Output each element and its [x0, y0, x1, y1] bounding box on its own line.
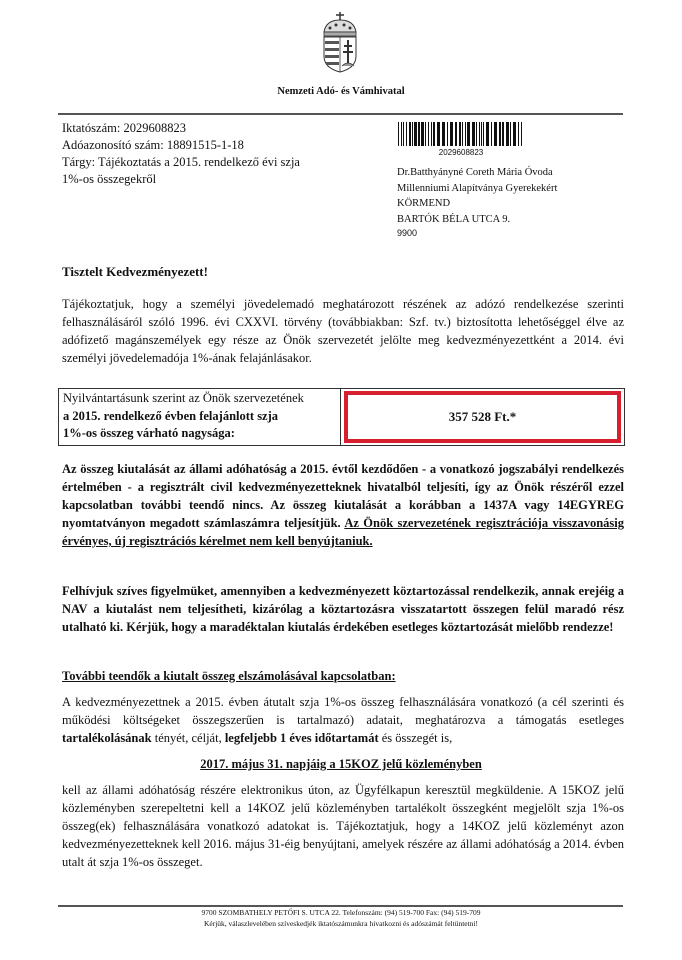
submission-paragraph: kell az állami adóhatóság részére elektr… — [62, 781, 624, 871]
barcode-number: 2029608823 — [398, 148, 524, 157]
address-line: Millenniumi Alapítványa Gyerekekért — [397, 181, 557, 197]
address-line: KÖRMEND — [397, 196, 557, 212]
salutation: Tisztelt Kedvezményezett! — [62, 264, 208, 280]
barcode — [398, 122, 524, 146]
amount-label: Nyilvántartásunk szerint az Önök szervez… — [59, 389, 341, 445]
section-heading: További teendők a kiutalt összeg elszámo… — [62, 669, 396, 684]
intro-paragraph: Tájékoztatjuk, hogy a személyi jövedelem… — [62, 295, 624, 367]
amount-table: Nyilvántartásunk szerint az Önök szervez… — [58, 388, 625, 446]
recipient-zip: 9900 — [397, 228, 417, 238]
accounting-paragraph: A kedvezményezettnek a 2015. évben átuta… — [62, 693, 624, 747]
header-divider — [58, 113, 623, 115]
recipient-address: Dr.Batthyányné Coreth Mária ÓvodaMillenn… — [397, 165, 557, 227]
coat-of-arms-icon — [318, 10, 362, 74]
document-meta: Iktatószám: 2029608823 Adóazonosító szám… — [62, 120, 300, 188]
deadline-notice: 2017. május 31. napjáig a 15KOZ jelű köz… — [0, 757, 682, 772]
subject-line: Tárgy: Tájékoztatás a 2015. rendelkező é… — [62, 154, 300, 171]
agency-name: Nemzeti Adó- és Vámhivatal — [0, 86, 682, 97]
debt-notice-paragraph: Felhívjuk szíves figyelmüket, amennyiben… — [62, 582, 624, 636]
address-line: BARTÓK BÉLA UTCA 9. — [397, 212, 557, 228]
amount-value: 357 528 Ft.* — [344, 391, 621, 443]
reference-number: 2029608823 — [123, 121, 186, 135]
subject-line-2: 1%-os összegekről — [62, 171, 300, 188]
footer-address: 9700 SZOMBATHELY PETŐFI S. UTCA 22. Tele… — [0, 907, 682, 918]
footer: 9700 SZOMBATHELY PETŐFI S. UTCA 22. Tele… — [0, 907, 682, 929]
tax-id-line: Adóazonosító szám: 18891515-1-18 — [62, 137, 300, 154]
footer-note: Kérjük, válaszlevelében szíveskedjék ikt… — [0, 918, 682, 929]
payment-paragraph: Az összeg kiutalását az állami adóhatósá… — [62, 460, 624, 550]
address-line: Dr.Batthyányné Coreth Mária Óvoda — [397, 165, 557, 181]
tax-id: 18891515-1-18 — [167, 138, 244, 152]
reference-number-line: Iktatószám: 2029608823 — [62, 120, 300, 137]
